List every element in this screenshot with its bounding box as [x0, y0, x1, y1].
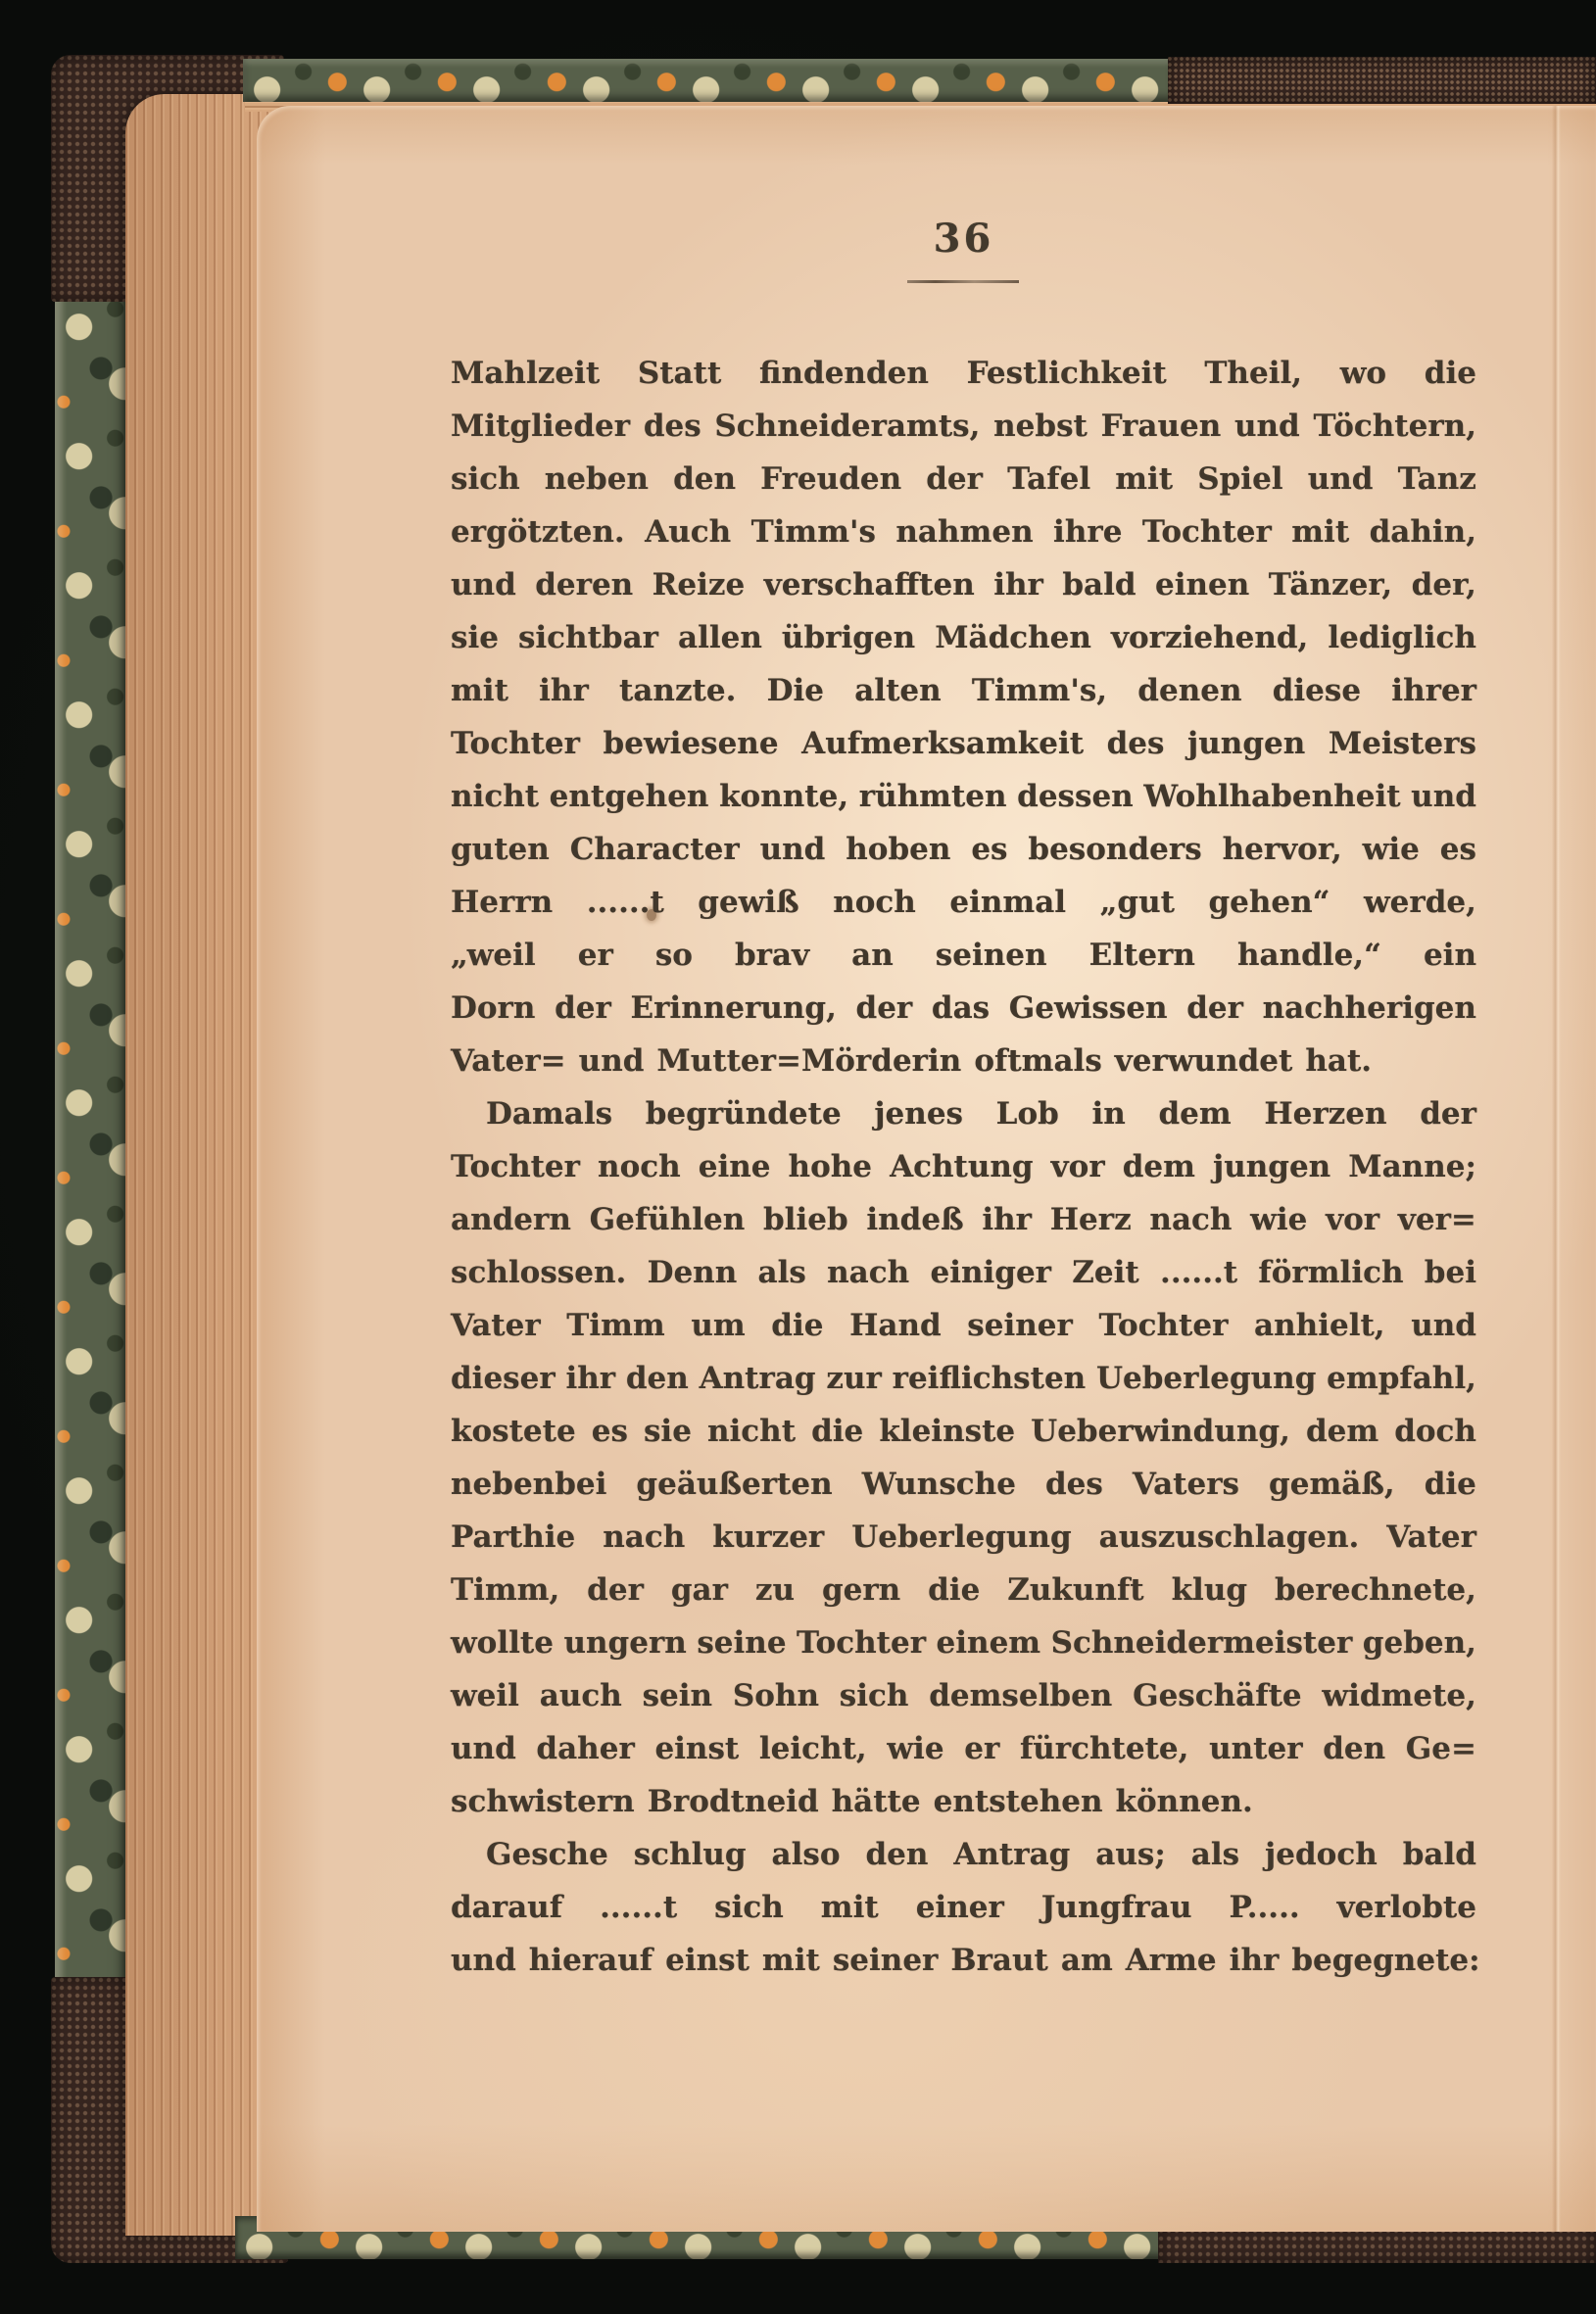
text-line: DornderErinnerung,derdasGewissendernachh… [451, 982, 1476, 1035]
marbled-cover-edge-top [243, 59, 1174, 102]
text-line: nebenbeigeäußertenWunschedesVatersgemäß,… [451, 1458, 1476, 1511]
text-line: weilauchseinSohnsichdemselbenGeschäftewi… [451, 1669, 1476, 1722]
text-block: MahlzeitStattfindendenFestlichkeitTheil,… [451, 347, 1476, 1987]
marbled-cover-edge-left [55, 167, 129, 2116]
text-line: sichnebendenFreudenderTafelmitSpielundTa… [451, 453, 1476, 506]
page-number-rule [907, 280, 1019, 283]
text-line: GescheschlugalsodenAntragaus;alsjedochba… [451, 1828, 1476, 1881]
text-line: Herrn......tgewißnocheinmal„gutgehen“wer… [451, 876, 1476, 929]
text-line: darauf......tsichmiteinerJungfrauP.....v… [451, 1881, 1476, 1934]
text-line: schwisternBrodtneidhätteentstehenkönnen. [451, 1775, 1476, 1828]
text-line: undhieraufeinstmitseinerBrautamArmeihrbe… [451, 1934, 1476, 1987]
text-line: DamalsbegründetejenesLobindemHerzender [451, 1087, 1476, 1140]
text-line: Timm,dergarzugerndieZukunftklugberechnet… [451, 1564, 1476, 1616]
text-line: TochterbewieseneAufmerksamkeitdesjungenM… [451, 717, 1476, 770]
text-line: gutenCharacterundhobenesbesondershervor,… [451, 823, 1476, 876]
text-line: andernGefühlenbliebindeßihrHerznachwievo… [451, 1193, 1476, 1246]
text-line: undderenReizeverschafftenihrbaldeinenTän… [451, 558, 1476, 611]
text-line: MitgliederdesSchneideramts,nebstFrauenun… [451, 400, 1476, 453]
leather-spine-top [1168, 57, 1596, 104]
text-line: siesichtbarallenübrigenMädchenvorziehend… [451, 611, 1476, 664]
page-crease [1552, 106, 1561, 2232]
text-line: TochternocheinehoheAchtungvordemjungenMa… [451, 1140, 1476, 1193]
text-line: kosteteessienichtdiekleinsteUeberwindung… [451, 1405, 1476, 1458]
text-line: Vater=undMutter=Mörderinoftmalsverwundet… [451, 1035, 1476, 1087]
text-line: dieserihrdenAntragzurreiflichstenUeberle… [451, 1352, 1476, 1405]
text-line: unddahereinstleicht,wieerfürchtete,unter… [451, 1722, 1476, 1775]
text-line: ParthienachkurzerUeberlegungauszuschlage… [451, 1511, 1476, 1564]
text-line: „weilersobravanseinenElternhandle,“ein [451, 929, 1476, 982]
page-number: 36 [451, 216, 1476, 262]
text-line: wollteungernseineTochtereinemSchneiderme… [451, 1616, 1476, 1669]
text-line: MahlzeitStattfindendenFestlichkeitTheil,… [451, 347, 1476, 400]
book-photograph: 36 MahlzeitStattfindendenFestlichkeitThe… [0, 0, 1596, 2314]
text-line: ergötzten.AuchTimm'snahmenihreTochtermit… [451, 506, 1476, 558]
text-line: mitihrtanzte.DiealtenTimm's,denendieseih… [451, 664, 1476, 717]
text-line: nichtentgehenkonnte,rühmtendessenWohlhab… [451, 770, 1476, 823]
text-line: VaterTimmumdieHandseinerTochteranhielt,u… [451, 1299, 1476, 1352]
book-page: 36 MahlzeitStattfindendenFestlichkeitThe… [257, 106, 1596, 2232]
text-line: schlossen.DennalsnacheinigerZeit......tf… [451, 1246, 1476, 1299]
